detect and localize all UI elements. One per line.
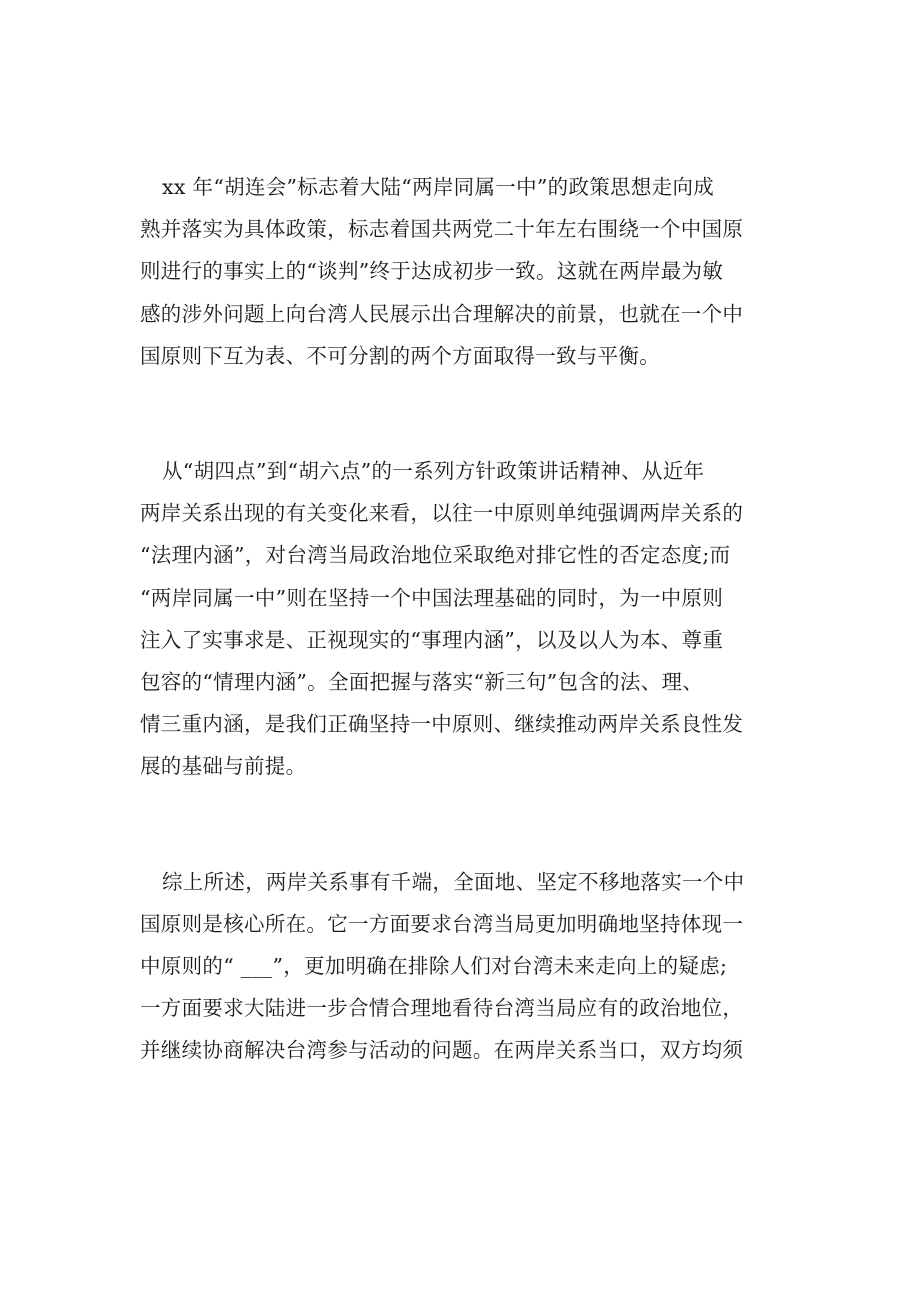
text-line: 则进行的事实上的“谈判”终于达成初步一致。这就在两岸最为敏 bbox=[140, 250, 776, 292]
text-line: 熟并落实为具体政策，标志着国共两党二十年左右围绕一个中国原 bbox=[140, 208, 776, 250]
text-line: 展的基础与前提。 bbox=[140, 745, 776, 787]
text-line: 国原则是核心所在。它一方面要求台湾当局更加明确地坚持体现一 bbox=[140, 903, 776, 945]
text-line: 两岸关系出现的有关变化来看，以往一中原则单纯强调两岸关系的 bbox=[140, 492, 776, 534]
text-line: 感的涉外问题上向台湾人民展示出合理解决的前景，也就在一个中 bbox=[140, 293, 776, 335]
text-line: 中原则的“ ___”，更加明确在排除人们对台湾未来走向上的疑虑; bbox=[140, 945, 776, 987]
text-line: 一方面要求大陆进一步合情合理地看待台湾当局应有的政治地位， bbox=[140, 987, 776, 1029]
text-line: 注入了实事求是、正视现实的“事理内涵”，以及以人为本、尊重 bbox=[140, 619, 776, 661]
document-page: xx 年“胡连会”标志着大陆“两岸同属一中”的政策思想走向成 熟并落实为具体政策… bbox=[140, 166, 776, 1072]
text-line: “两岸同属一中”则在坚持一个中国法理基础的同时，为一中原则 bbox=[140, 577, 776, 619]
text-line: 从“胡四点”到“胡六点”的一系列方针政策讲话精神、从近年 bbox=[140, 450, 776, 492]
text-line: 国原则下互为表、不可分割的两个方面取得一致与平衡。 bbox=[140, 335, 776, 377]
paragraph-2: 从“胡四点”到“胡六点”的一系列方针政策讲话精神、从近年 两岸关系出现的有关变化… bbox=[140, 450, 776, 788]
text-line: xx 年“胡连会”标志着大陆“两岸同属一中”的政策思想走向成 bbox=[140, 166, 776, 208]
text-line: “法理内涵”，对台湾当局政治地位采取绝对排它性的否定态度;而 bbox=[140, 534, 776, 576]
text-line: 综上所述，两岸关系事有千端，全面地、坚定不移地落实一个中 bbox=[140, 861, 776, 903]
paragraph-3: 综上所述，两岸关系事有千端，全面地、坚定不移地落实一个中 国原则是核心所在。它一… bbox=[140, 861, 776, 1072]
text-line: 并继续协商解决台湾参与活动的问题。在两岸关系当口，双方均须 bbox=[140, 1029, 776, 1071]
text-line: 情三重内涵，是我们正确坚持一中原则、继续推动两岸关系良性发 bbox=[140, 703, 776, 745]
paragraph-1: xx 年“胡连会”标志着大陆“两岸同属一中”的政策思想走向成 熟并落实为具体政策… bbox=[140, 166, 776, 377]
text-line: 包容的“情理内涵”。全面把握与落实“新三句”包含的法、理、 bbox=[140, 661, 776, 703]
